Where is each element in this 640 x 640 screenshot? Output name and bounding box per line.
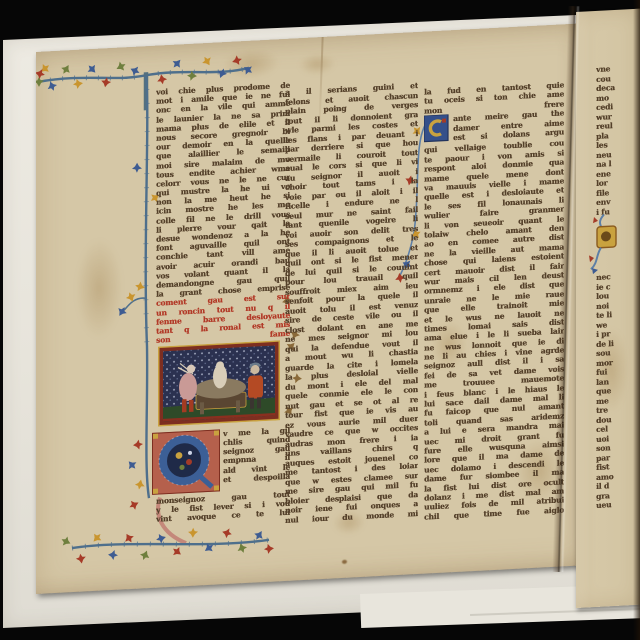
ivy-leaf	[134, 479, 146, 490]
ivy-leaf	[221, 527, 234, 539]
ivy-leaf	[155, 532, 167, 545]
right-page-initial	[588, 212, 622, 280]
ivy-leaf	[127, 498, 140, 512]
manuscript-right-page: vnecoudecamocediwurreulplalesneuna lenel…	[576, 9, 640, 608]
ivy-leaf	[188, 528, 198, 538]
miniature-illustration	[158, 340, 290, 429]
ivy-leaf	[170, 545, 184, 559]
ivy-leaf	[231, 54, 243, 67]
column1-text: voi chie plus prodome demot i amile que …	[156, 81, 290, 299]
page-stack-edge-shadow	[633, 0, 640, 640]
manuscript-photo: { "palette":{ "parchment":"#d5c7a6","bac…	[0, 0, 640, 640]
ivy-leaf	[59, 535, 73, 548]
decorated-initial-col3	[424, 114, 450, 146]
text-column-1: voi chie plus prodome demot i amile que …	[156, 81, 290, 524]
ivy-leaf	[134, 280, 146, 292]
ivy-leaf	[107, 550, 118, 561]
ivy-leaf	[75, 553, 86, 565]
ivy-leaf	[138, 549, 151, 562]
ivy-leaf	[85, 62, 99, 76]
column3-text: qui vellaige toublie coute paour i von a…	[424, 139, 564, 522]
ivy-leaf	[90, 531, 104, 545]
text-column-2: a il serians guini etfelons et auoit cha…	[285, 81, 418, 525]
ivy-leaf	[132, 163, 142, 173]
ivy-leaf	[133, 439, 144, 450]
initial-wrap-text: v me la gilchlis quindseignoz gauempnna …	[220, 425, 290, 493]
manuscript-left-page: voi chie plus prodome demot i amile que …	[36, 23, 594, 594]
ivy-leaf	[125, 290, 138, 303]
ivy-leaf	[114, 60, 127, 74]
text-column-3: la fud en tantost quietu oceis si ton ch…	[424, 80, 564, 521]
ivy-leaf	[59, 63, 73, 77]
ivy-leaf	[264, 543, 275, 554]
ivy-leaf	[170, 57, 184, 71]
historiated-initial	[152, 429, 220, 497]
ivy-leaf	[125, 458, 139, 472]
ivy-leaf	[215, 67, 228, 80]
rubric: coment gau est surun roncin tout nu q il…	[156, 292, 290, 345]
ivy-leaf	[200, 54, 214, 68]
